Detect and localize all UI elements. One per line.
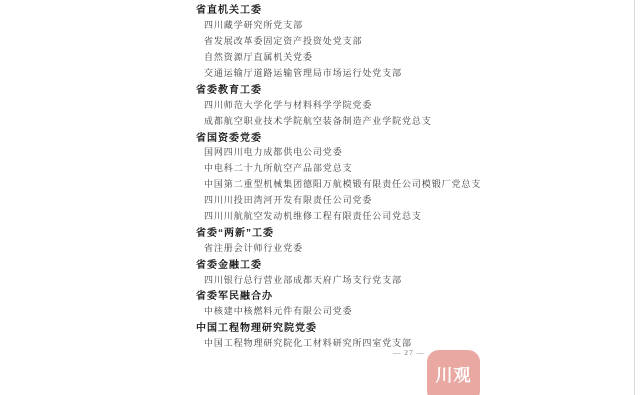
section-title: 中国工程物理研究院党委	[196, 319, 481, 335]
org-item: 四川川航航空发动机维修工程有限责任公司党总支	[196, 208, 481, 224]
section-title: 省委“两新”工委	[196, 223, 481, 239]
section-title: 省国资委党委	[196, 128, 481, 144]
org-item: 国网四川电力成都供电公司党委	[196, 144, 481, 160]
org-item: 四川师范大学化学与材料科学学院党委	[196, 96, 481, 112]
org-item: 省注册会计师行业党委	[196, 239, 481, 255]
org-item: 四川藏学研究所党支部	[196, 17, 481, 33]
org-item: 中电科二十九所航空产品部党总支	[196, 160, 481, 176]
org-item: 省发展改革委固定资产投资处党支部	[196, 33, 481, 49]
section-title: 省委教育工委	[196, 80, 481, 96]
org-item: 交通运输厅道路运输管理局市场运行处党支部	[196, 65, 481, 81]
section-title: 省直机关工委	[196, 1, 481, 17]
org-item: 四川川投田湾河开发有限责任公司党委	[196, 192, 481, 208]
document-page: 省直机关工委 四川藏学研究所党支部 省发展改革委固定资产投资处党支部 自然资源厅…	[0, 0, 640, 395]
org-item: 成都航空职业技术学院航空装备制造产业学院党总支	[196, 112, 481, 128]
chuanguan-watermark-logo: 川观	[427, 350, 480, 395]
org-item: 中国第二重型机械集团德阳万航模锻有限责任公司模锻厂党总支	[196, 176, 481, 192]
org-list: 省直机关工委 四川藏学研究所党支部 省发展改革委固定资产投资处党支部 自然资源厅…	[196, 1, 481, 351]
org-item: 中国工程物理研究院化工材料研究所四室党支部	[196, 335, 481, 351]
watermark-text: 川观	[436, 361, 472, 386]
org-item: 四川银行总行营业部成都天府广场支行党支部	[196, 271, 481, 287]
page-edge-line	[634, 0, 635, 395]
page-number: — 27 —	[386, 348, 432, 357]
org-item: 自然资源厅直属机关党委	[196, 49, 481, 65]
org-item: 中核建中核燃料元件有限公司党委	[196, 303, 481, 319]
section-title: 省委军民融合办	[196, 287, 481, 303]
section-title: 省委金融工委	[196, 255, 481, 271]
